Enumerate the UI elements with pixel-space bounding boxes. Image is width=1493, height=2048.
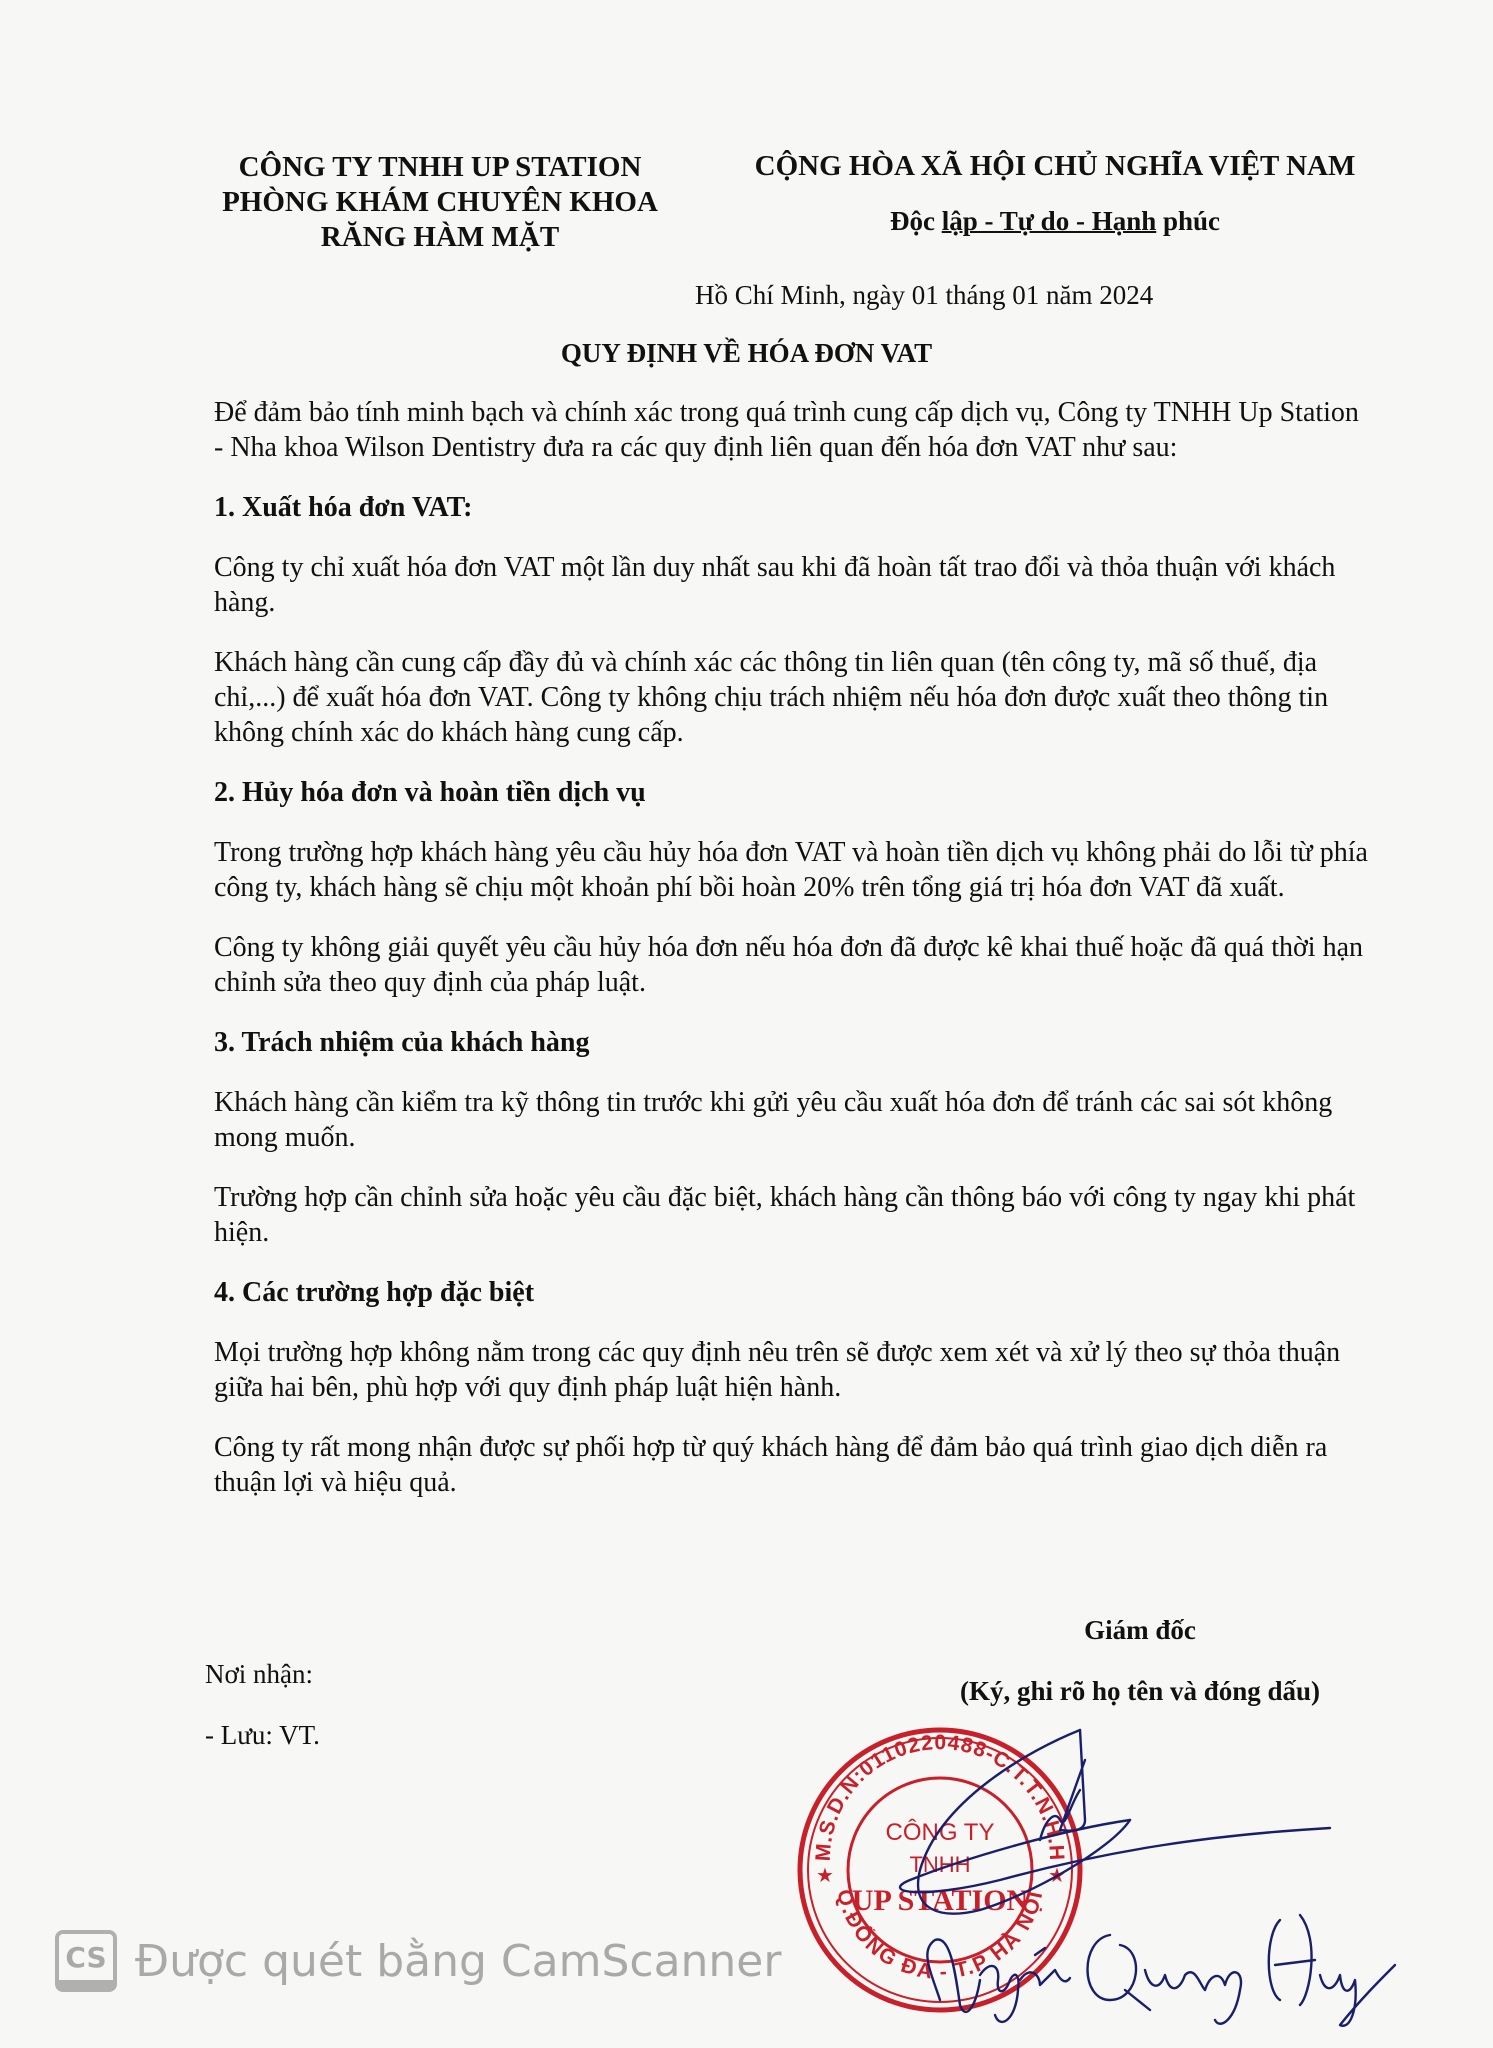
national-header: CỘNG HÒA XÃ HỘI CHỦ NGHĨA VIỆT NAM Độc l… xyxy=(705,148,1405,237)
signatory-role: Giám đốc xyxy=(880,1615,1400,1646)
document-body: Để đảm bảo tính minh bạch và chính xác t… xyxy=(214,395,1374,1525)
svg-text:★: ★ xyxy=(816,1865,834,1887)
camscanner-logo-icon: CS xyxy=(55,1930,117,1992)
section-heading: 1. Xuất hóa đơn VAT: xyxy=(214,490,1374,525)
recipients-block: Nơi nhận: - Lưu: VT. xyxy=(205,1657,320,1779)
clinic-name: PHÒNG KHÁM CHUYÊN KHOA xyxy=(190,185,690,220)
document-title: QUY ĐỊNH VỀ HÓA ĐƠN VAT xyxy=(0,338,1493,369)
clinic-specialty: RĂNG HÀM MẶT xyxy=(190,220,690,255)
recipients-label: Nơi nhận: xyxy=(205,1657,320,1692)
recipients-item: - Lưu: VT. xyxy=(205,1718,320,1753)
signature-note: (Ký, ghi rõ họ tên và đóng dấu) xyxy=(880,1676,1400,1707)
section-heading: 3. Trách nhiệm của khách hàng xyxy=(214,1025,1374,1060)
intro-paragraph: Để đảm bảo tính minh bạch và chính xác t… xyxy=(214,395,1374,465)
company-name: CÔNG TY TNHH UP STATION xyxy=(190,150,690,185)
motto-post: phúc xyxy=(1156,206,1220,236)
camscanner-watermark: CS Được quét bằng CamScanner xyxy=(55,1930,781,1992)
section-heading: 4. Các trường hợp đặc biệt xyxy=(214,1275,1374,1310)
section-paragraph: Công ty chỉ xuất hóa đơn VAT một lần duy… xyxy=(214,550,1374,620)
section-paragraph: Công ty rất mong nhận được sự phối hợp t… xyxy=(214,1430,1374,1500)
watermark-text: Được quét bằng CamScanner xyxy=(135,1936,781,1987)
document-date: Hồ Chí Minh, ngày 01 tháng 01 năm 2024 xyxy=(695,280,1153,311)
national-motto: Độc lập - Tự do - Hạnh phúc xyxy=(705,206,1405,237)
section-paragraph: Công ty không giải quyết yêu cầu hủy hóa… xyxy=(214,930,1374,1000)
document-page: CÔNG TY TNHH UP STATION PHÒNG KHÁM CHUYÊ… xyxy=(0,0,1493,2048)
section-paragraph: Mọi trường hợp không nằm trong các quy đ… xyxy=(214,1335,1374,1405)
company-header: CÔNG TY TNHH UP STATION PHÒNG KHÁM CHUYÊ… xyxy=(190,150,690,255)
section-paragraph: Trong trường hợp khách hàng yêu cầu hủy … xyxy=(214,835,1374,905)
section-paragraph: Trường hợp cần chỉnh sửa hoặc yêu cầu đặ… xyxy=(214,1180,1374,1250)
handwritten-signature xyxy=(880,1720,1400,2040)
nation-title: CỘNG HÒA XÃ HỘI CHỦ NGHĨA VIỆT NAM xyxy=(705,148,1405,184)
section-heading: 2. Hủy hóa đơn và hoàn tiền dịch vụ xyxy=(214,775,1374,810)
motto-underlined: lập - Tự do - Hạnh xyxy=(942,206,1157,236)
motto-pre: Độc xyxy=(890,206,942,236)
signatory-block: Giám đốc (Ký, ghi rõ họ tên và đóng dấu) xyxy=(880,1615,1400,1707)
section-paragraph: Khách hàng cần kiểm tra kỹ thông tin trư… xyxy=(214,1085,1374,1155)
section-paragraph: Khách hàng cần cung cấp đầy đủ và chính … xyxy=(214,645,1374,750)
